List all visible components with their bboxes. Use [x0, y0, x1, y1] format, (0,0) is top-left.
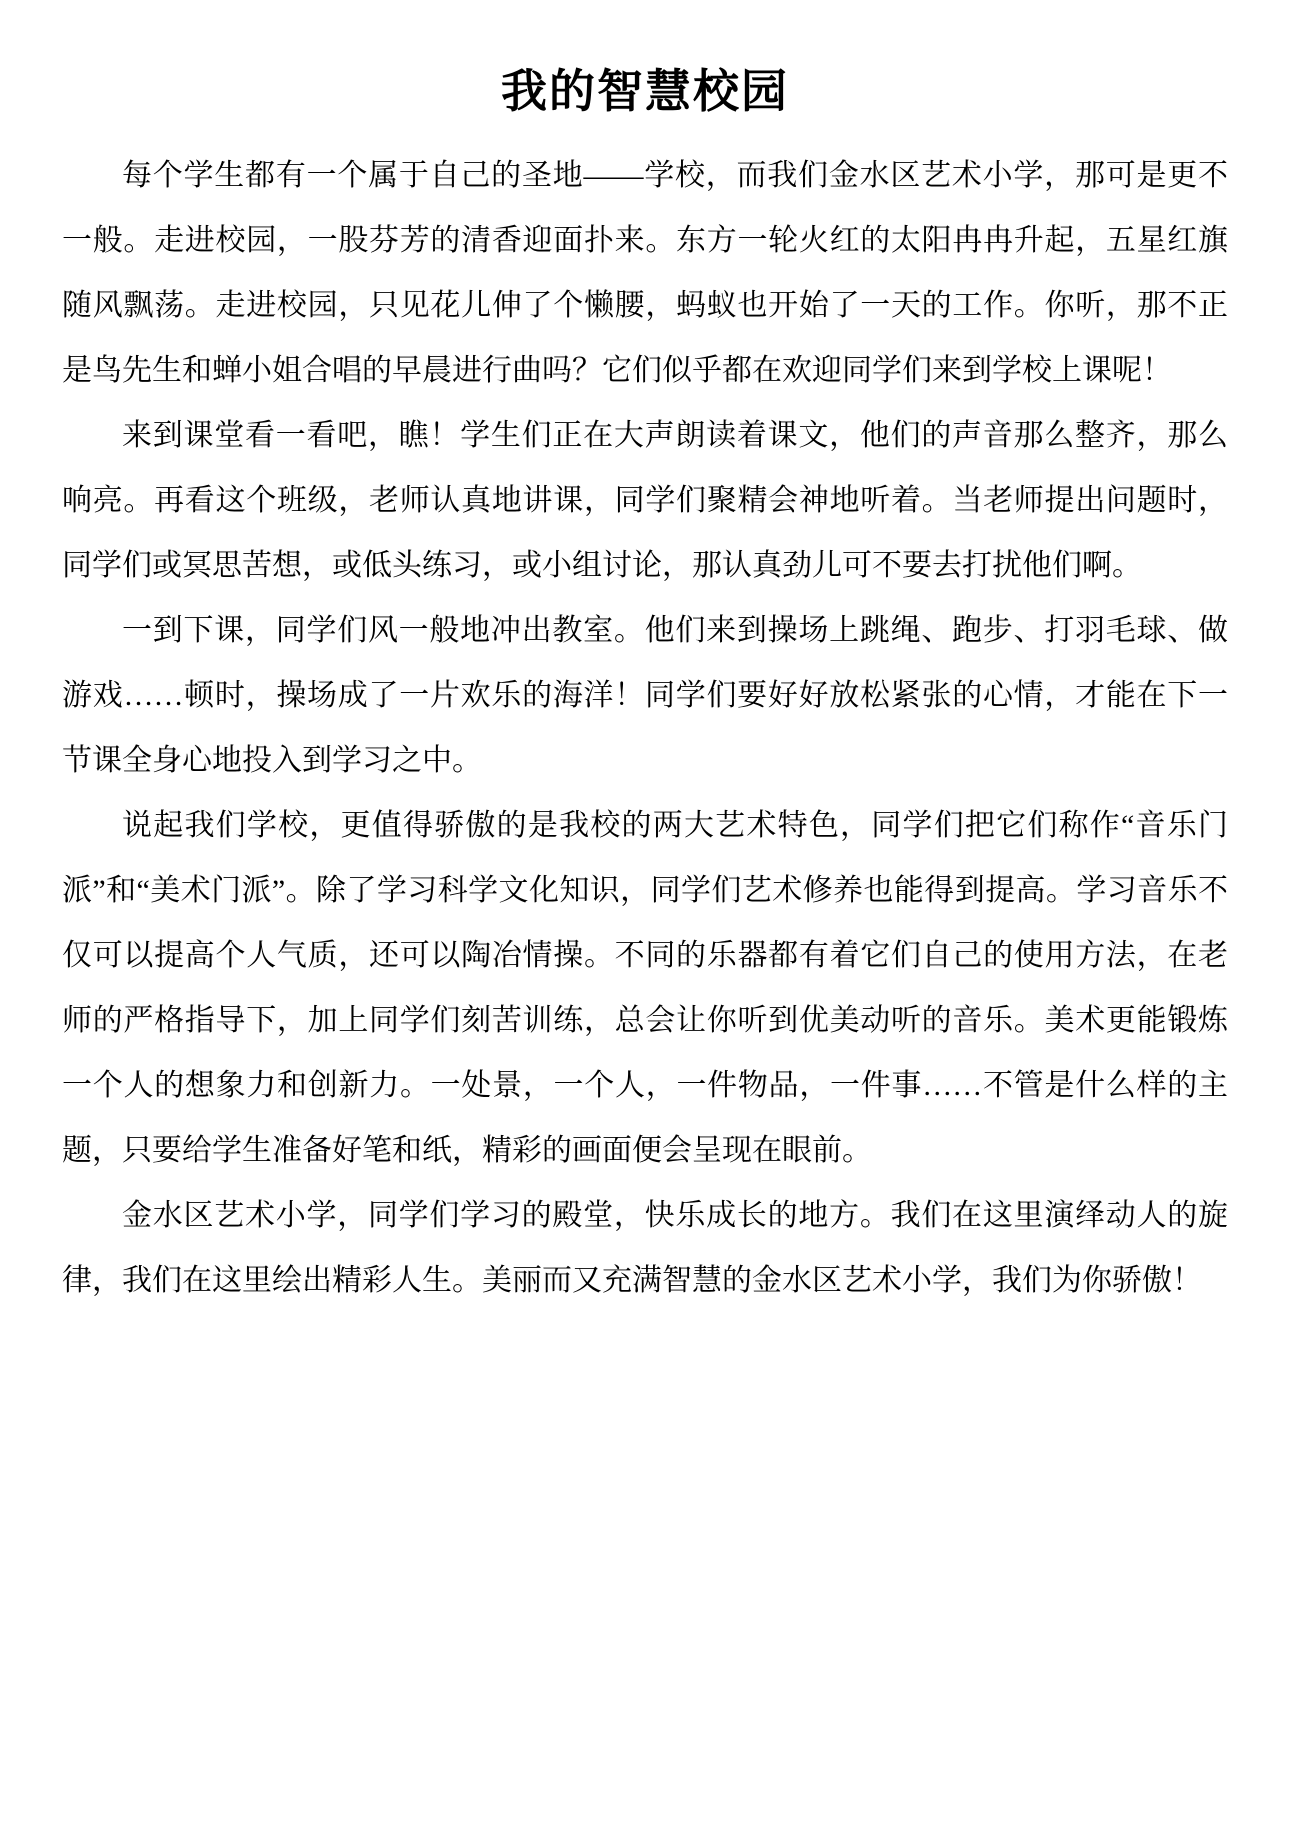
- paragraph-3: 一到下课，同学们风一般地冲出教室。他们来到操场上跳绳、跑步、打羽毛球、做游戏………: [62, 598, 1228, 793]
- paragraph-4: 说起我们学校，更值得骄傲的是我校的两大艺术特色，同学们把它们称作“音乐门派”和“…: [62, 793, 1228, 1183]
- paragraph-5: 金水区艺术小学，同学们学习的殿堂，快乐成长的地方。我们在这里演绎动人的旋律，我们…: [62, 1183, 1228, 1313]
- document-body: 每个学生都有一个属于自己的圣地——学校，而我们金水区艺术小学，那可是更不一般。走…: [62, 143, 1228, 1313]
- paragraph-2: 来到课堂看一看吧，瞧！学生们正在大声朗读着课文，他们的声音那么整齐，那么响亮。再…: [62, 403, 1228, 598]
- document-content: 我的智慧校园 每个学生都有一个属于自己的圣地——学校，而我们金水区艺术小学，那可…: [0, 0, 1290, 1313]
- paragraph-1: 每个学生都有一个属于自己的圣地——学校，而我们金水区艺术小学，那可是更不一般。走…: [62, 143, 1228, 403]
- document-title: 我的智慧校园: [62, 66, 1228, 119]
- document-page: 我的智慧校园 每个学生都有一个属于自己的圣地——学校，而我们金水区艺术小学，那可…: [0, 0, 1290, 1825]
